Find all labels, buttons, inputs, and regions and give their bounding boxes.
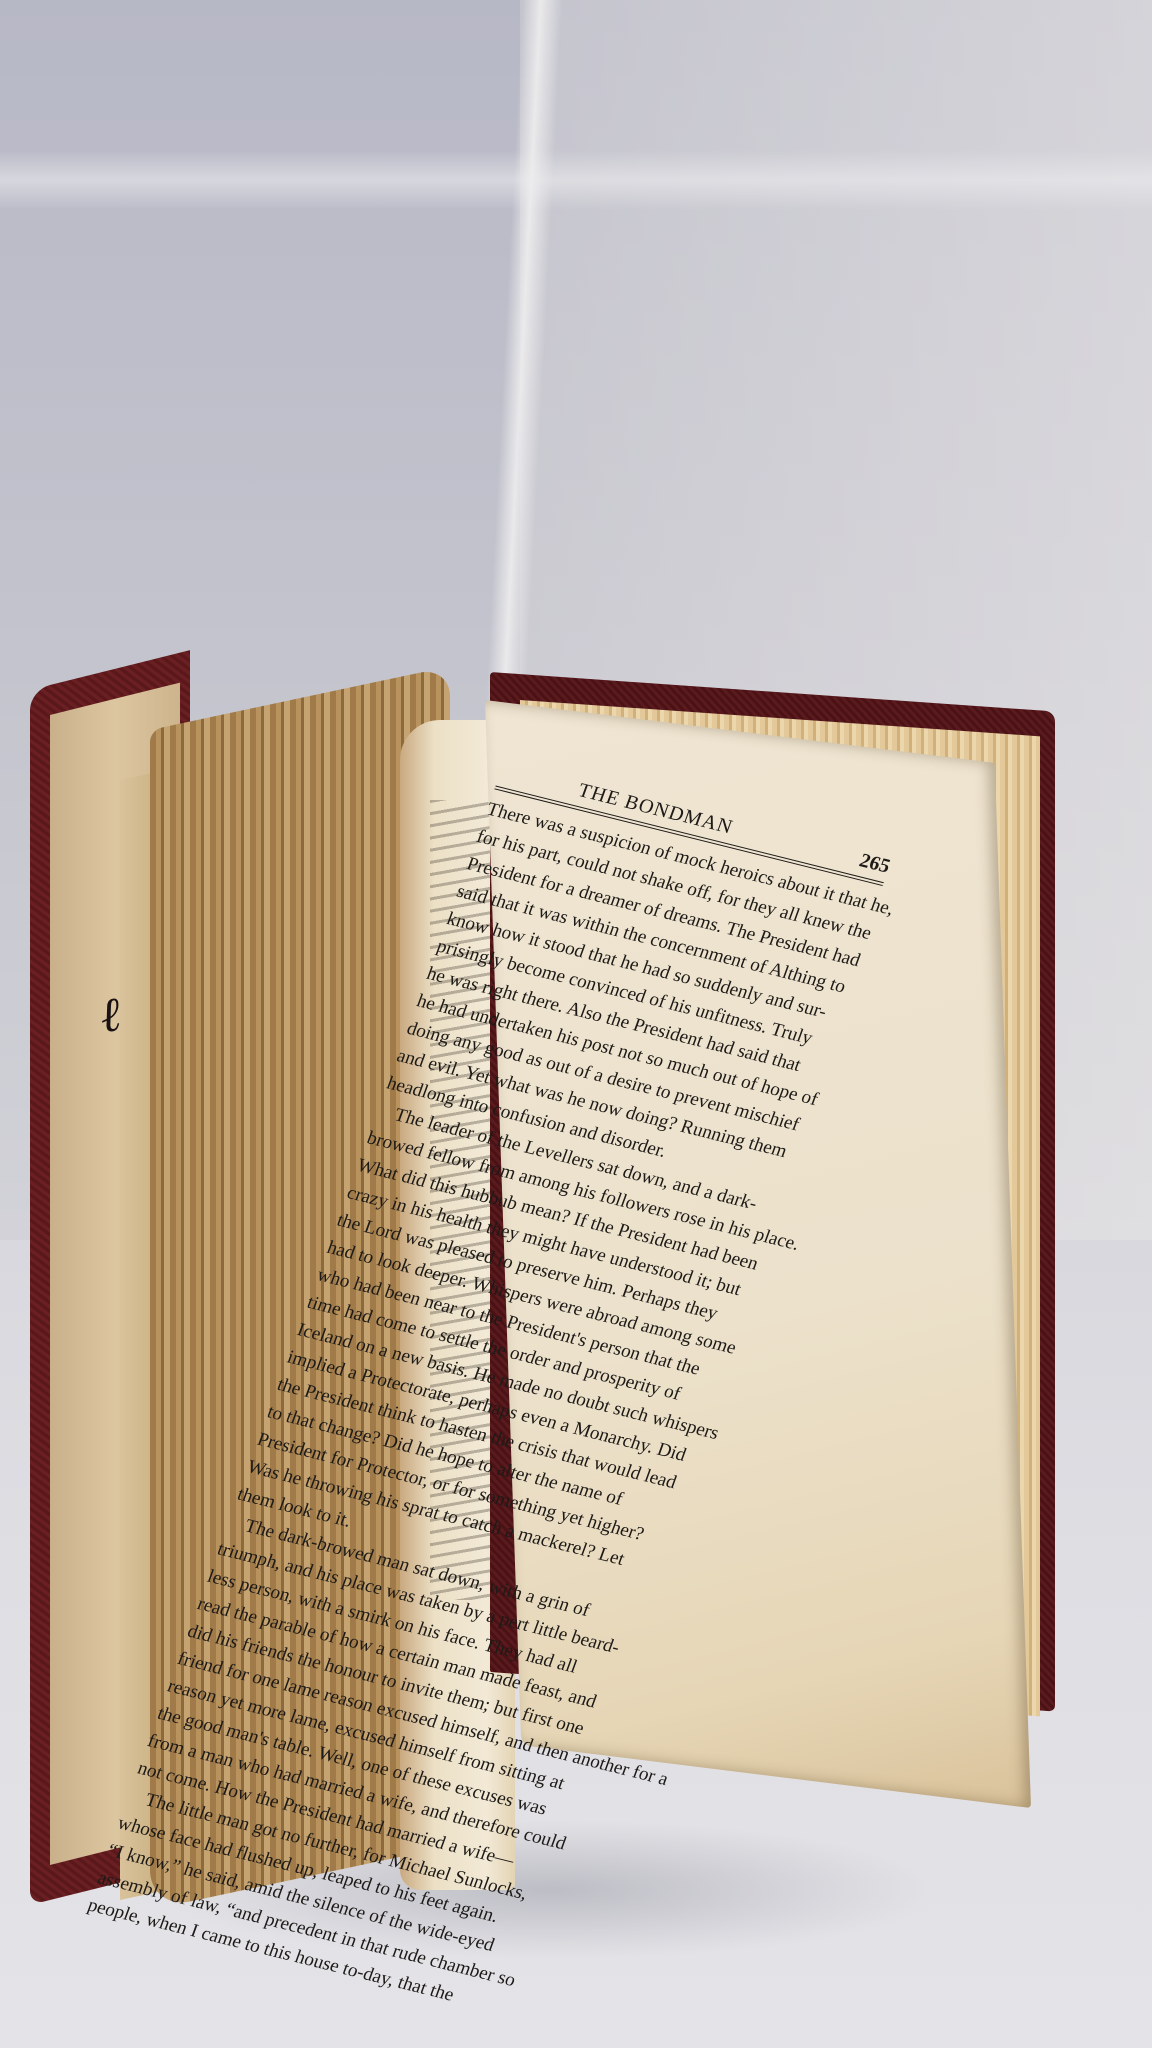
photo-scene: ℓg THE BONDMAN 265 There was a suspicion… [0,0,1152,2048]
cloth-fold-horizontal [0,150,1152,210]
